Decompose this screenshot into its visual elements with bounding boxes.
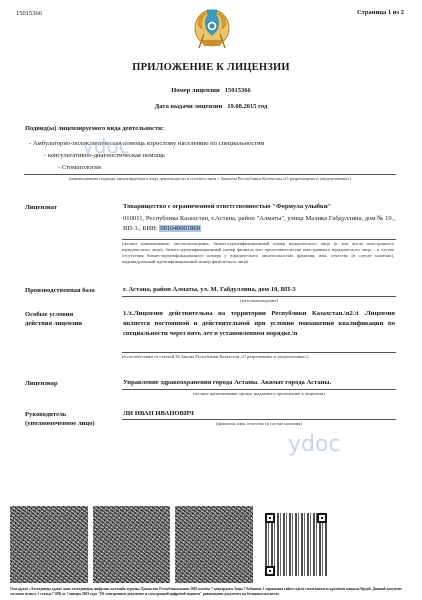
licensee-label: Лицензиат (25, 203, 57, 212)
licensee-address: 010011, Республика Казахстан, г.Астана, … (123, 214, 395, 233)
barcode-3 (175, 506, 253, 583)
document-number: 15015366 (16, 10, 42, 17)
watermark: ydoc (288, 432, 341, 457)
head-value: ЛИ ИВАН ИВАНОВИЧ (123, 410, 398, 417)
divider (122, 296, 396, 297)
licensor-note: (полное наименование органа, выдавшего п… (122, 391, 396, 397)
licensee-bin: 091040001869 (159, 225, 201, 232)
barcode-1 (10, 506, 88, 583)
divider (122, 352, 396, 353)
page-indicator: Страница 1 из 2 (357, 9, 404, 16)
subtype-item: - Стоматология (58, 164, 101, 171)
licensor-value: Управление здравоохранения города Астаны… (123, 379, 398, 386)
license-number-label: Номер лицензии (171, 87, 220, 94)
issue-date-value: 19.08.2015 год (227, 103, 267, 110)
document-title: ПРИЛОЖЕНИЕ К ЛИЦЕНЗИИ (0, 62, 422, 73)
licensee-name: Товарищество с ограниченной ответственно… (123, 203, 398, 210)
subtype-item: - Амбулаторно-поликлиническая помощь взр… (29, 140, 264, 147)
barcode-2 (93, 506, 170, 583)
issue-date-row: Дата выдачи лицензии19.08.2015 год (0, 103, 422, 110)
divider (122, 419, 396, 420)
watermark: ydoc (82, 134, 130, 158)
production-base-note: (местонахождение) (122, 298, 396, 304)
special-conditions-note: (в соответствии со статьей 36 Закона Рес… (122, 354, 396, 360)
head-note: (фамилия, имя, отчество (в случае наличи… (122, 421, 396, 427)
head-label-line1: Руководитель (25, 410, 95, 419)
production-base-value: г. Астана, район Алматы, ул. М. Габдулли… (123, 286, 398, 293)
legal-footer: Осы құжат «Электронды құжат және электро… (10, 587, 415, 596)
divider (122, 389, 396, 390)
issue-date-label: Дата выдачи лицензии (155, 103, 222, 110)
divider (122, 239, 396, 240)
qr-code-icon (265, 513, 327, 576)
state-emblem-icon (193, 4, 231, 54)
divider (24, 174, 396, 175)
special-conditions-label: Особые условия действия лицензии (25, 310, 82, 328)
subtypes-note: (наименование подвида лицензируемого вид… (24, 176, 396, 182)
head-label: Руководитель (уполномоченное лицо) (25, 410, 95, 428)
production-base-label: Производственная база (25, 286, 95, 295)
license-number-row: Номер лицензии15015366 (0, 87, 422, 94)
special-conditions-label-line2: действия лицензии (25, 319, 82, 328)
subtypes-heading: Подвид(ы) лицензируемого вида деятельнос… (25, 125, 164, 132)
head-label-line2: (уполномоченное лицо) (25, 419, 95, 428)
license-number-value: 15015366 (225, 87, 251, 94)
special-conditions-value: 1.\t.Лицензия действительна на территори… (123, 309, 395, 339)
licensor-label: Лицензиар (25, 379, 58, 388)
licensee-note: (полное наименование, местонахождение, б… (122, 241, 394, 265)
special-conditions-label-line1: Особые условия (25, 310, 82, 319)
